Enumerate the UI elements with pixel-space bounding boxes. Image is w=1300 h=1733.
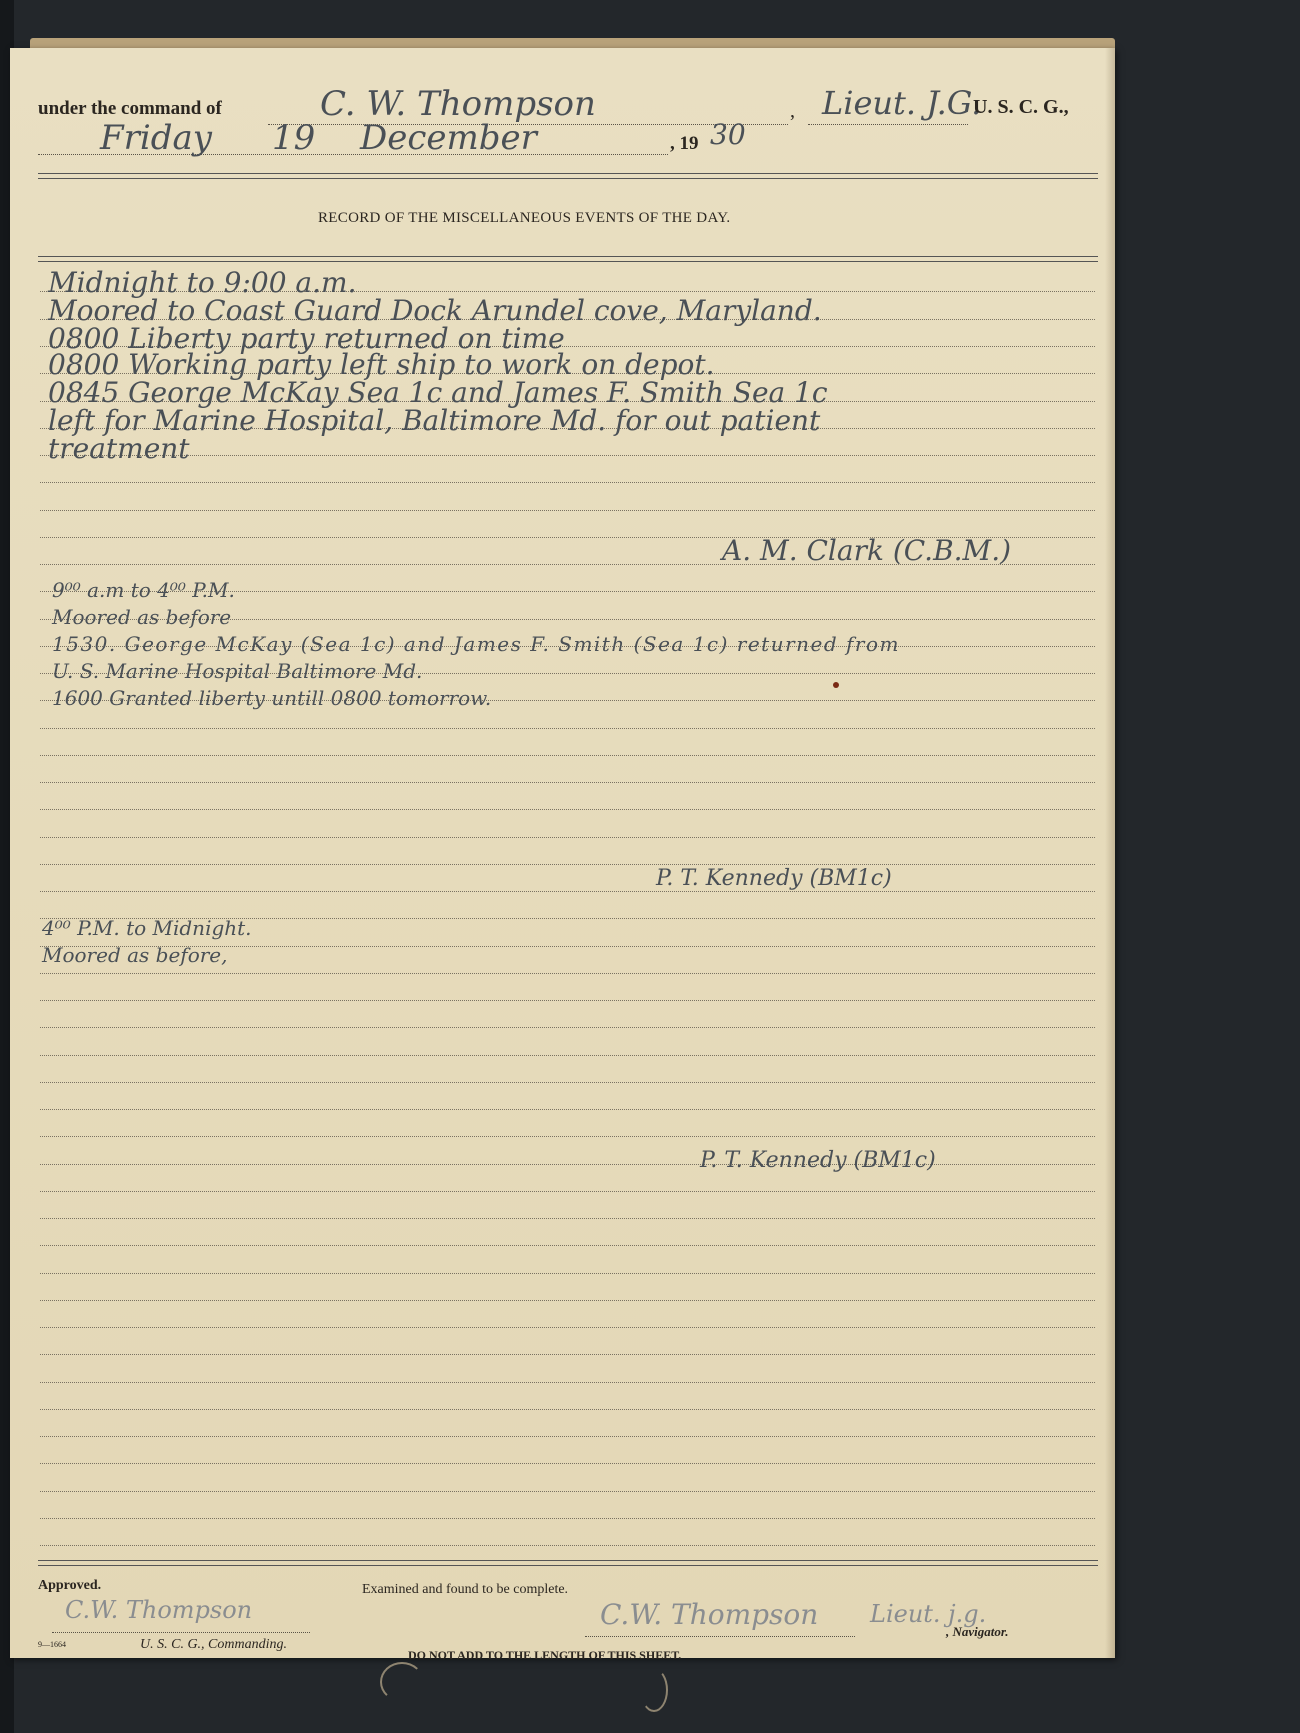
header-rule <box>38 173 1098 179</box>
watch-signature: A. M. Clark (C.B.M.) <box>722 534 1011 567</box>
ruled-line <box>40 1463 1095 1464</box>
day-of-week: Friday <box>100 118 212 158</box>
ruled-line <box>40 1245 1095 1246</box>
comma: , 19 <box>670 133 699 155</box>
commanding-label: U. S. C. G., Commanding. <box>140 1637 287 1653</box>
section-rule <box>38 256 1098 262</box>
watch-signature: P. T. Kennedy (BM1c) <box>656 866 892 891</box>
commander-rank-line <box>808 124 968 125</box>
log-entry: U. S. Marine Hospital Baltimore Md. <box>52 659 422 683</box>
examined-label: Examined and found to be complete. <box>362 1582 568 1598</box>
ruled-line <box>40 1191 1095 1192</box>
log-entry: 1530. George McKay (Sea 1c) and James F.… <box>52 632 900 656</box>
ruled-line <box>40 1082 1095 1083</box>
ruled-line <box>40 837 1095 838</box>
ruled-line <box>40 1218 1095 1219</box>
ruled-line <box>40 482 1095 483</box>
binding-thread <box>640 1668 668 1712</box>
ruled-line <box>40 891 1095 892</box>
footer-rule <box>38 1560 1098 1566</box>
log-entry: 1600 Granted liberty untill 0800 tomorro… <box>52 686 491 710</box>
ruled-line <box>40 1354 1095 1355</box>
warning-text: DO NOT ADD TO THE LENGTH OF THIS SHEET. <box>408 1648 681 1663</box>
section-title: RECORD OF THE MISCELLANEOUS EVENTS OF TH… <box>318 210 730 227</box>
ruled-line <box>40 1109 1095 1110</box>
approved-label: Approved. <box>38 1578 101 1594</box>
ruled-line <box>40 1027 1095 1028</box>
log-entry: Moored as before <box>52 605 231 629</box>
navigator-signature-line <box>585 1636 855 1637</box>
ruled-line <box>40 1327 1095 1328</box>
log-entry: treatment <box>48 432 190 465</box>
log-sheet: under the command of C. W. Thompson , Li… <box>10 48 1115 1658</box>
year-suffix: 30 <box>710 118 746 151</box>
ruled-line <box>40 1436 1095 1437</box>
ruled-line <box>40 728 1095 729</box>
ruled-line <box>40 1273 1095 1274</box>
month: December <box>360 118 537 158</box>
ruled-line <box>40 809 1095 810</box>
ruled-line <box>40 510 1095 511</box>
ruled-line <box>40 864 1095 865</box>
ruled-line <box>40 755 1095 756</box>
watch-signature: P. T. Kennedy (BM1c) <box>700 1148 936 1173</box>
day-number: 19 <box>272 118 315 158</box>
ruled-line <box>40 1136 1095 1137</box>
watch-period: 9⁰⁰ a.m to 4⁰⁰ P.M. <box>52 578 235 602</box>
binding-thread <box>380 1662 424 1702</box>
ruled-line <box>40 455 1095 456</box>
ruled-line <box>40 1545 1095 1546</box>
service-label: U. S. C. G., <box>973 96 1069 119</box>
command-label: under the command of <box>38 98 222 120</box>
ruled-line <box>40 1055 1095 1056</box>
ruled-line <box>40 1491 1095 1492</box>
approved-signature-line <box>52 1632 310 1633</box>
ink-spot <box>833 682 839 688</box>
ruled-line <box>40 1000 1095 1001</box>
approved-signature: C.W. Thompson <box>65 1596 252 1624</box>
navigator-label: , Navigator. <box>946 1624 1008 1640</box>
watch-period: 4⁰⁰ P.M. to Midnight. <box>42 916 252 940</box>
navigator-signature: C.W. Thompson <box>600 1598 818 1631</box>
comma: , <box>790 100 795 123</box>
page-shadow <box>1105 48 1115 1658</box>
ruled-line <box>40 1164 1095 1165</box>
ruled-line <box>40 973 1095 974</box>
year-prefix: 19 <box>680 133 699 154</box>
ruled-line <box>40 1382 1095 1383</box>
ruled-line <box>40 782 1095 783</box>
commander-rank: Lieut. J.G. <box>822 84 981 122</box>
ruled-line <box>40 1409 1095 1410</box>
log-entry: Moored as before, <box>42 943 228 967</box>
form-number: 9—1664 <box>38 1640 66 1649</box>
ruled-line <box>40 1300 1095 1301</box>
ruled-line <box>40 1518 1095 1519</box>
